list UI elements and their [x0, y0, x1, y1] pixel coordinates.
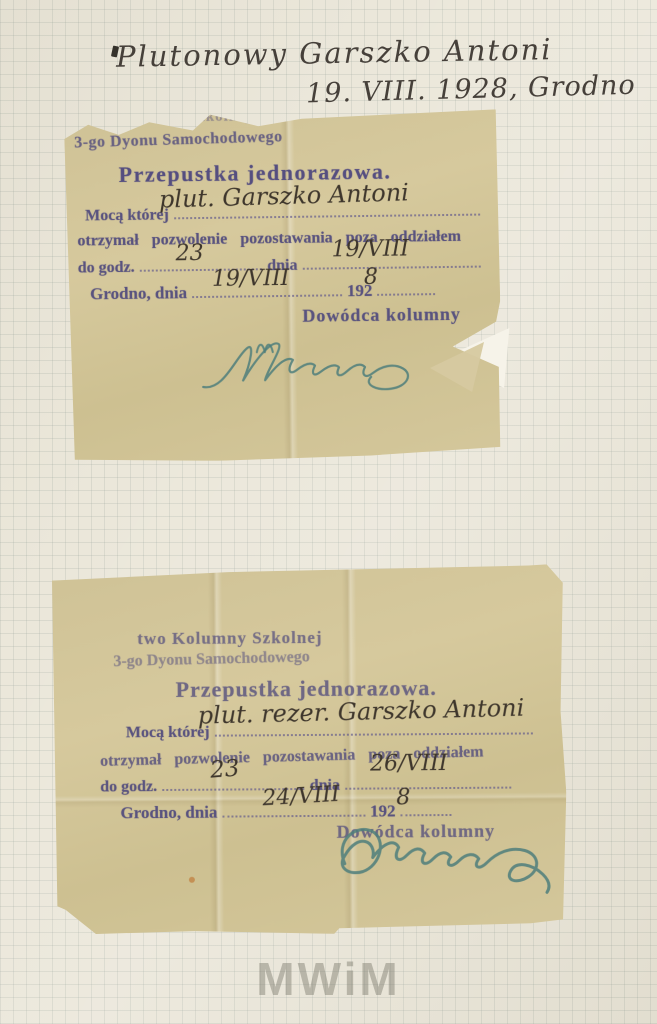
- handwritten-year: 8: [364, 265, 378, 290]
- pass-document-2: two Kolumny Szkolnej 3-go Dyonu Samochod…: [47, 564, 568, 936]
- header-annotation-line2: 19. VIII. 1928, Grodno: [306, 70, 636, 110]
- album-page: Plutonowy Garszko Antoni 19. VIII. 1928,…: [0, 0, 657, 1024]
- stamp-unit-line2: 3-go Dyonu Samochodowego: [74, 128, 283, 152]
- moca-label: Mocą której: [126, 724, 210, 743]
- city-label: Grodno, dnia: [120, 803, 217, 824]
- stain-speck: [189, 877, 195, 883]
- handwritten-hour: 23: [209, 755, 240, 783]
- handwritten-date: 19/VIII: [331, 236, 409, 262]
- stamp-unit-line2: 3-go Dyonu Samochodowego: [113, 648, 310, 671]
- handwritten-date: 26/VIII: [370, 751, 448, 777]
- handwritten-year: 8: [396, 785, 410, 810]
- header-annotation-line1: Plutonowy Garszko Antoni: [116, 32, 553, 74]
- handwritten-city-date: 24/VIII: [262, 782, 341, 812]
- commander-signature: [192, 322, 428, 403]
- stamp-unit-line1: two Kolumny Szkolnej: [137, 628, 322, 649]
- dotted-line: [377, 278, 435, 296]
- museum-watermark: MWiM: [0, 952, 657, 1006]
- pass-document-1: wo Kolumny Szkolnej 3-go Dyonu Samochodo…: [62, 109, 502, 462]
- handwritten-city-date: 19/VIII: [212, 266, 290, 292]
- commander-signature: [300, 810, 561, 907]
- city-label: Grodno, dnia: [90, 283, 187, 304]
- moca-label: Mocą której: [85, 207, 169, 226]
- godz-label: do godz.: [78, 259, 135, 278]
- stamp-unit-line1: wo Kolumny Szkolnej: [92, 108, 252, 127]
- godz-label: do godz.: [100, 778, 157, 796]
- handwritten-hour: 23: [175, 241, 203, 266]
